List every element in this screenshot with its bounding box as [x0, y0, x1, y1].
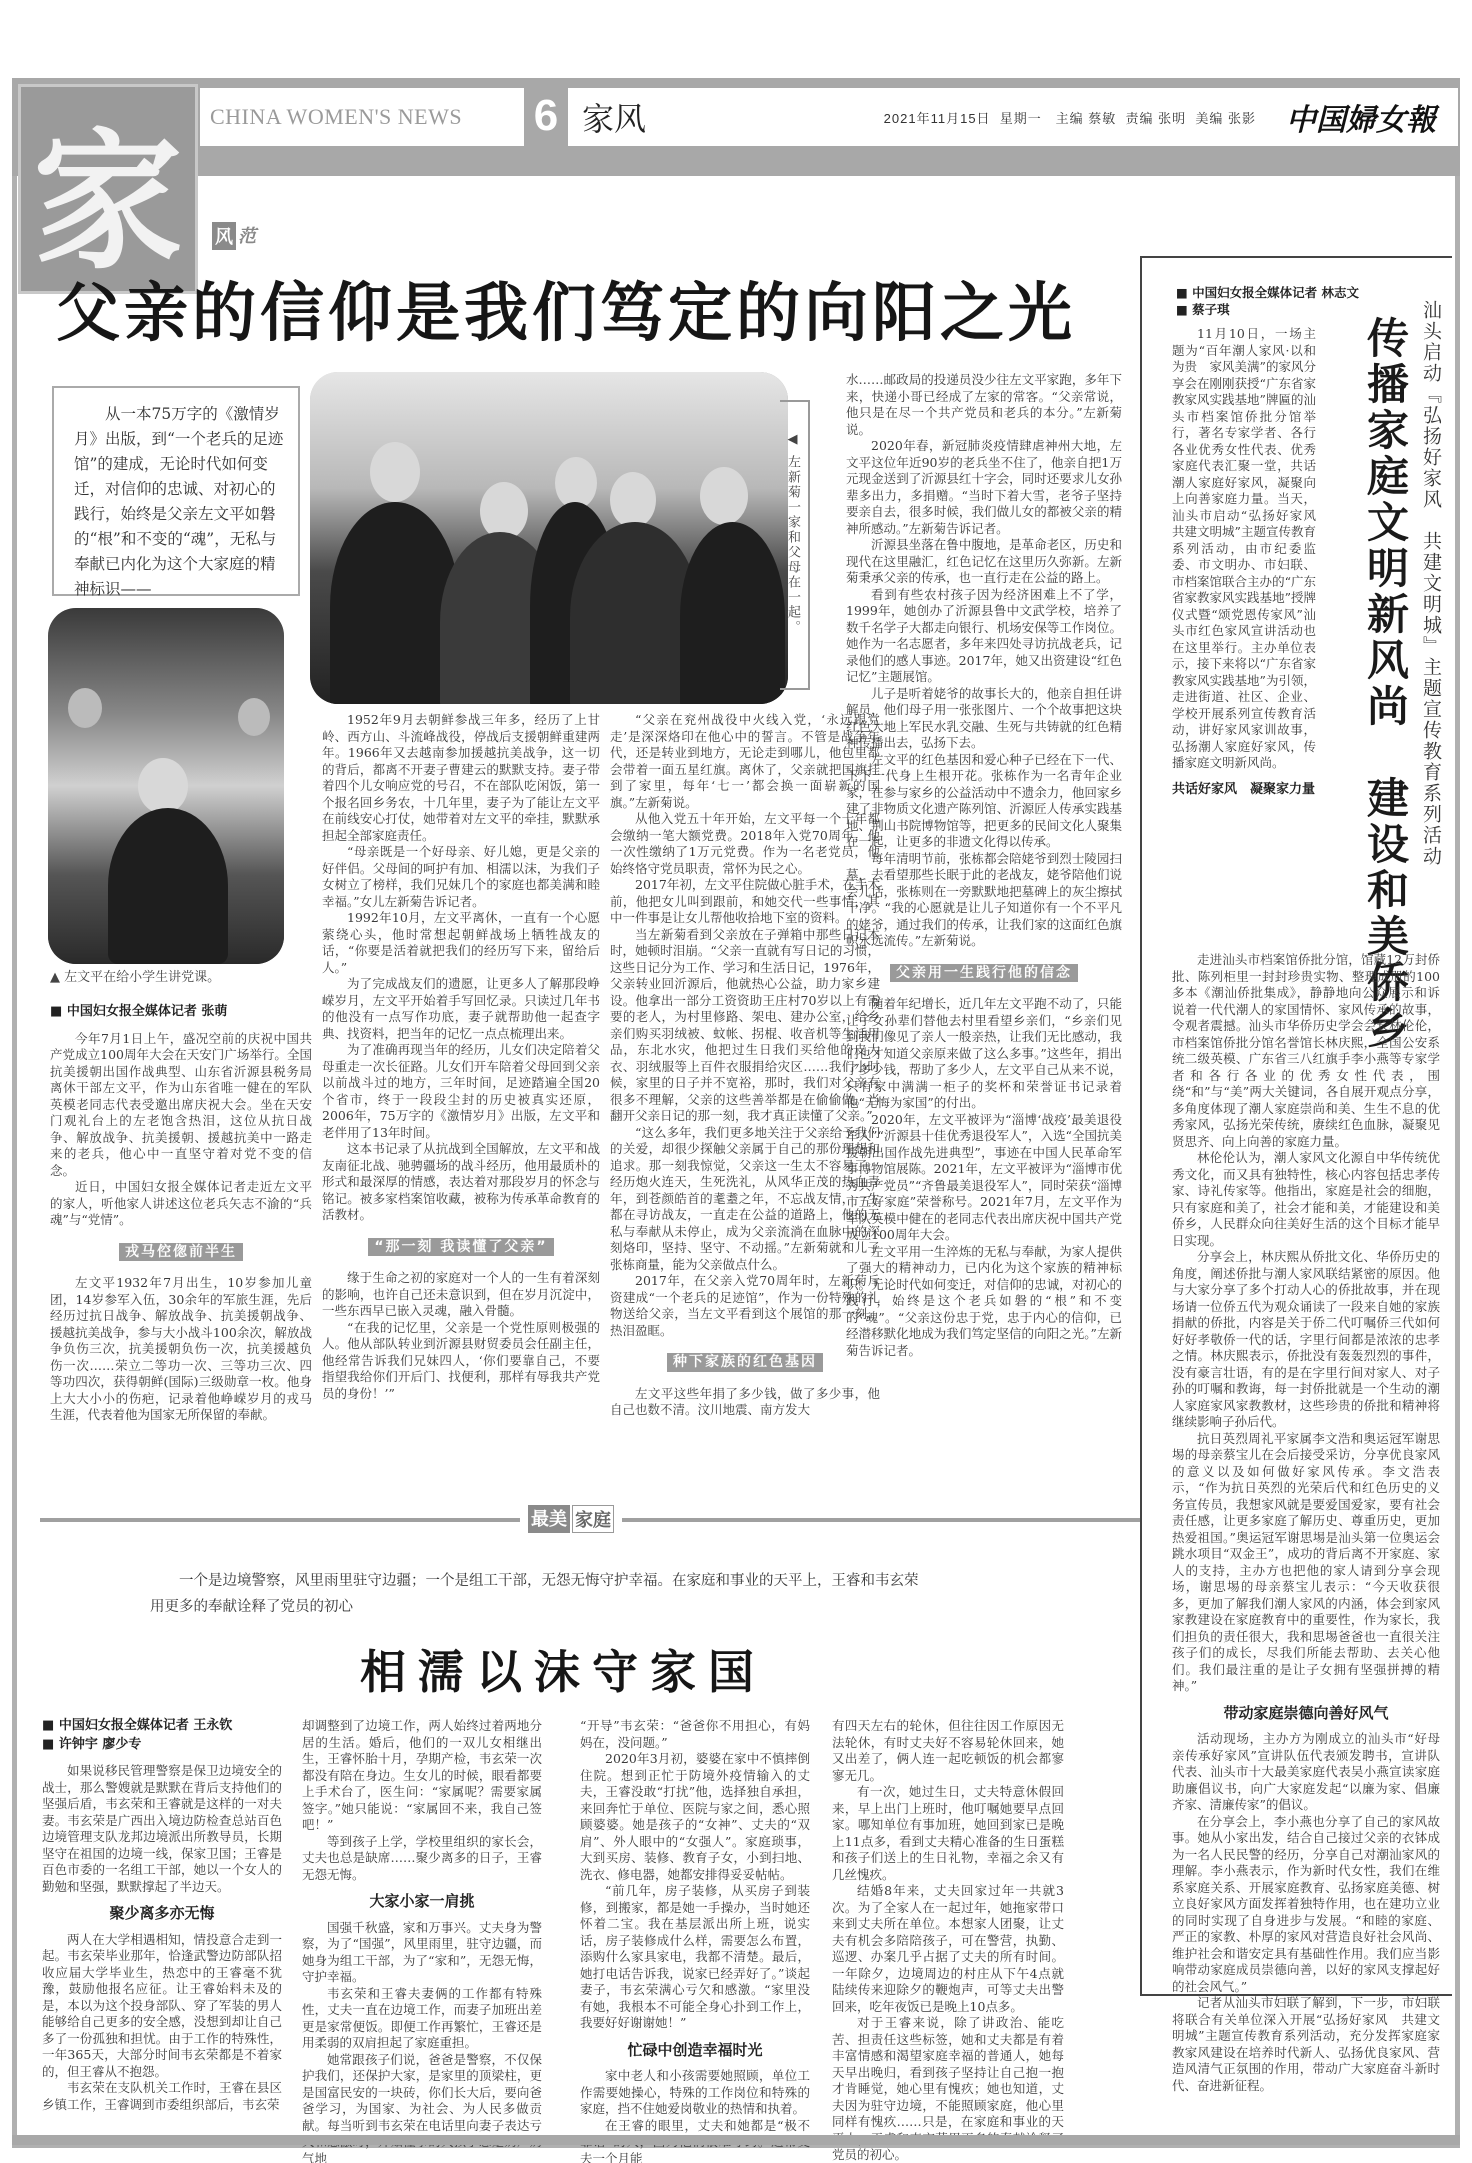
- paragraph: 为了准确再现当年的经历，儿女们决定陪着父母重走一次长征路。儿女们开车陪着父母回到…: [322, 1042, 600, 1141]
- lead-text: 从一本75万字的《激情岁月》出版，到“一个老兵的足迹馆”的建成，无论时代如何变迁…: [74, 402, 288, 602]
- paragraph: “这么多年，我们更多地关注于父亲给予我们的关爱，却很少探触父亲属于自己的那份理想…: [610, 1125, 880, 1274]
- paragraph: 国强千秋盛，家和万事兴。丈夫身为警察，为了“国强”，风里雨里，驻守边疆，而她身为…: [302, 1920, 542, 1986]
- article2-column-1: 中国妇女报全媒体记者 王永钦 许钟宇 廖少专 如果说移民管理警察是保卫边境安全的…: [42, 1718, 282, 2113]
- sidebar-headline: 传播家庭文明新风尚 建设和美侨乡: [1362, 316, 1408, 1052]
- paragraph: 当左新菊看到父亲放在子弹箱中那些日记本时，她顿时泪崩。“父亲一直就有写日记的习惯…: [610, 927, 880, 1125]
- photo1-caption: ◀ 左新菊一家和父母在一起。: [780, 400, 810, 690]
- paragraph: 2017年初，左文平住院做心脏手术，在手术前，他把女儿叫到跟前，和她交代一些事情…: [610, 877, 880, 927]
- byline: 中国妇女报全媒体记者 王永钦: [42, 1718, 282, 1735]
- article2-column-4: 有四天左右的轮休，但往往因工作原因无法轮休，有时丈夫好不容易轮休回来，她又出差了…: [832, 1718, 1064, 2163]
- weekday: 星期一: [1000, 111, 1042, 126]
- paragraph: 左文平1932年7月出生，10岁参加儿童团，14岁参军入伍，30余年的军旅生涯，…: [50, 1275, 312, 1424]
- page-number: 6: [528, 86, 564, 146]
- subheading: 种下家族的红色基因: [667, 1353, 823, 1372]
- paragraph: 记者从汕头市妇联了解到，下一步，市妇联将联合有关单位深入开展“弘扬好家风 共建文…: [1172, 1995, 1440, 2094]
- paragraph: 有一次，她过生日，丈夫特意休假回来，早上出门上班时，他叮嘱她要早点回家。哪知单位…: [832, 1784, 1064, 1883]
- paragraph: 走进汕头市档案馆侨批分馆，馆藏12万封侨批、陈列柜里一封封珍贵实物、整理成册的1…: [1172, 952, 1440, 1150]
- section-name: 家风: [582, 94, 646, 140]
- paragraph: 11月10日，一场主题为“百年潮人家风·以和为贵 家风美满”的家风分享会在刚刚获…: [1172, 326, 1316, 772]
- paragraph: 缘于生命之初的家庭对一个人的一生有着深刻的影响，也许自己还未意识到，但在岁月沉淀…: [322, 1270, 600, 1320]
- article1-column-2: 1952年9月去朝鲜参战三年多，经历了上甘岭、西方山、斗流峰战役，停战后支援朝鲜…: [322, 712, 600, 1402]
- sidebar-bylines: 中国妇女报全媒体记者 林志文 蔡子琪: [1176, 284, 1366, 318]
- paragraph: 她常跟孩子们说，爸爸是警察，不仅保护我们，还保护大家，是家里的顶梁柱，更是国富民…: [302, 2052, 542, 2163]
- paragraph: 看到有些农村孩子因为经济困难上不了学，1999年，她创办了沂源县鲁中文武学校，培…: [846, 587, 1122, 686]
- article1-headline: 父亲的信仰是我们笃定的向阳之光: [56, 262, 1076, 354]
- article1-lead: 从一本75万字的《激情岁月》出版，到“一个老兵的足迹馆”的建成，无论时代如何变迁…: [52, 386, 300, 596]
- byline: 许钟宇 廖少专: [42, 1737, 282, 1754]
- paragraph: 1952年9月去朝鲜参战三年多，经历了上甘岭、西方山、斗流峰战役，停战后支援朝鲜…: [322, 712, 600, 844]
- masthead-bar: 家风 2021年11月15日 星期一 主编 蔡敏 责编 张明 美编 张影 中国婦…: [568, 88, 1458, 146]
- article1-column-4: 水……邮政局的投递员没少往左文平家跑，多年下来，快递小哥已经成了左家的常客。“父…: [846, 372, 1122, 1359]
- byline: 中国妇女报全媒体记者 林志文: [1176, 284, 1366, 301]
- paragraph: 左文平的红色基因和爱心种子已经在下一代、下下一代身上生根开花。张栋作为一名青年企…: [846, 752, 1122, 851]
- paragraph: 抗日英烈周礼平家属李文浩和奥运冠军谢思埸的母亲蔡宝儿在会后接受采访，分享优良家风…: [1172, 1431, 1440, 1695]
- subheading: 忙碌中创造幸福时光: [580, 2042, 810, 2059]
- paragraph: 为了完成战友们的遗愿，让更多人了解那段峥嵘岁月，左文平开始着手写回忆录。只读过几…: [322, 976, 600, 1042]
- article2-column-2: 却调整到了边境工作，两人始终过着两地分居的生活。婚后，他们的一双儿女相继出生，王…: [302, 1718, 542, 2163]
- tag-part: 最美: [528, 1505, 570, 1533]
- paragraph: 随着年纪增长，近几年左文平跑不动了，只能让子女孙辈们替他去村里看望乡亲们，“乡亲…: [846, 996, 1122, 1112]
- paragraph: 家中老人和小孩需要她照顾，单位工作需要她操心，特殊的工作岗位和特殊的家庭，挡不住…: [580, 2068, 810, 2118]
- paragraph: “母亲既是一个好母亲、好儿媳，更是父亲的好伴侣。父母间的呵护有加、相濡以沫，为我…: [322, 844, 600, 910]
- chief-editor: 主编 蔡敏: [1056, 111, 1117, 126]
- byline: 蔡子琪: [1176, 301, 1366, 318]
- paragraph: 2020年3月初，婆婆在家中不慎摔倒住院。想到正忙于防境外疫情输入的丈夫，王睿没…: [580, 1751, 810, 1883]
- tag-part: 家庭: [572, 1505, 614, 1533]
- paragraph: 有四天左右的轮休，但往往因工作原因无法轮休，有时丈夫好不容易轮休回来，她又出差了…: [832, 1718, 1064, 1784]
- date-and-editors: 2021年11月15日 星期一 主编 蔡敏 责编 张明 美编 张影: [884, 108, 1256, 127]
- tag-part: 范: [238, 222, 256, 250]
- paragraph: 结婚8年来，丈夫回家过年一共就3次。为了全家人在一起过年，她拖家带口来到丈夫所在…: [832, 1883, 1064, 2015]
- paragraph: 2017年，在父亲入党70周年时，左新菊斥资建成“一个老兵的足迹馆”，作为一份特…: [610, 1273, 880, 1339]
- paragraph: 等到孩子上学，学校里组织的家长会，丈夫也总是缺席……聚少离多的日子，王睿无怨无悔…: [302, 1834, 542, 1884]
- sidebar-body: 走进汕头市档案馆侨批分馆，馆藏12万封侨批、陈列柜里一封封珍贵实物、整理成册的1…: [1172, 952, 1440, 2094]
- article1-column-1: 中国妇女报全媒体记者 张萌 今年7月1日上午，盛况空前的庆祝中国共产党成立100…: [50, 1004, 312, 1424]
- sidebar-intro: 11月10日，一场主题为“百年潮人家风·以和为贵 家风美满”的家风分享会在刚刚获…: [1172, 326, 1316, 808]
- paragraph: “开导”韦玄荣：“爸爸你不用担心，有妈妈在，没问题。”: [580, 1718, 810, 1751]
- article1-column-3: “父亲在兖州战役中火线入党，‘永远跟党走’是深深烙印在他心中的誓言。不管是战争年…: [610, 712, 880, 1419]
- paragraph: 每年清明节前，张栋都会陪姥爷到烈士陵园扫墓，去看望那些长眠于此的老战友，姥爷陪他…: [846, 851, 1122, 950]
- paragraph: 在分享会上，李小燕也分享了自己的家风故事。她从小家出发，结合自己接过父亲的衣钵成…: [1172, 1814, 1440, 1996]
- paragraph: “父亲在兖州战役中火线入党，‘永远跟党走’是深深烙印在他心中的誓言。不管是战争年…: [610, 712, 880, 811]
- paragraph: 2020年，左文平被评为“淄博‘战疫’最美退役军人”“沂源县十佳优秀退役军人”，…: [846, 1112, 1122, 1244]
- paragraph: 这本书记录了从抗战到全国解放，左文平和战友南征北战、驰骋疆场的战斗经历，他用最质…: [322, 1141, 600, 1224]
- family-photo: [310, 372, 788, 704]
- paragraph: 左文平用一生淬炼的无私与奉献，为家人提供了强大的精神动力，已内化为这个家族的精神…: [846, 1244, 1122, 1360]
- paragraph: 近日，中国妇女报全媒体记者走近左文平的家人，听他家人讲述这位老兵矢志不渝的“兵魂…: [50, 1179, 312, 1229]
- column-tag-zuimei: 最美家庭: [520, 1505, 622, 1533]
- paragraph: 两人在大学相遇相知，情投意合走到一起。韦玄荣毕业那年，恰逢武警边防部队招收应届大…: [42, 1932, 282, 2081]
- subheading: 聚少离多亦无悔: [42, 1905, 282, 1922]
- page-bottom-band: [12, 2135, 1460, 2145]
- paragraph: 2020年春，新冠肺炎疫情肆虐神州大地，左文平这位年近90岁的老兵坐不住了，他亲…: [846, 438, 1122, 537]
- photo2-caption: ▲ 左文平在给小学生讲党课。: [50, 966, 220, 985]
- paragraph: 儿子是听着姥爷的故事长大的，他亲自担任讲解员，他们母子用一张张图片、一个个故事把…: [846, 686, 1122, 752]
- paragraph: 韦玄荣在支队机关工作时，王睿在县区乡镇工作，王睿调到市委组织部后，韦玄荣: [42, 2080, 282, 2113]
- paragraph: “在我的记忆里，父亲是一个党性原则极强的人。他从部队转业到沂源县财贸委员会任副主…: [322, 1320, 600, 1403]
- sidebar-kicker: 汕头启动『弘扬好家风 共建文明城』主题宣传教育系列活动: [1418, 300, 1445, 867]
- paragraph: 从他入党五十年开始，左文平每一个十年都会缴纳一笔大额党费。2018年入党70周年…: [610, 811, 880, 877]
- issue-date: 2021年11月15日: [884, 111, 991, 126]
- paragraph: 如果说移民管理警察是保卫边境安全的战士，那么警嫂就是默默在背后支持他们的坚强后盾…: [42, 1763, 282, 1895]
- paragraph: 水……邮政局的投递员没少往左文平家跑，多年下来，快递小哥已经成了左家的常客。“父…: [846, 372, 1122, 438]
- byline: 中国妇女报全媒体记者 张萌: [50, 1004, 312, 1021]
- column-tag: 风范: [212, 222, 256, 250]
- paragraph: 沂源县坐落在鲁中腹地，是革命老区，历史和现代在这里融汇，红色记忆在这里历久弥新。…: [846, 537, 1122, 587]
- art-editor: 美编 张影: [1195, 111, 1256, 126]
- subheading: 父亲用一生践行他的信念: [890, 964, 1078, 983]
- article2-column-3: “开导”韦玄荣：“爸爸你不用担心，有妈妈在，没问题。” 2020年3月初，婆婆在…: [580, 1718, 810, 2163]
- paragraph: 今年7月1日上午，盛况空前的庆祝中国共产党成立100周年大会在天安门广场举行。全…: [50, 1031, 312, 1180]
- tag-part: 风: [212, 222, 236, 250]
- paragraph: 韦玄荣和王睿夫妻俩的工作都有特殊性，丈夫一直在边境工作，而妻子加班出差更是家常便…: [302, 1986, 542, 2052]
- article2-headline: 相濡以沫守家国: [360, 1636, 766, 1702]
- newspaper-logo: 中国婦女報: [1286, 95, 1436, 139]
- paragraph: 1992年10月，左文平离休，一直有一个心愿萦绕心头，他时常想起朝鲜战场上牺牲战…: [322, 910, 600, 976]
- paragraph: 分享会上，林庆熙从侨批文化、华侨历史的角度，阐述侨批与潮人家风联结紧密的原因。他…: [1172, 1249, 1440, 1431]
- subheading: 戎马倥偬前半生: [119, 1243, 243, 1262]
- article2-deck: 一个是边境警察，风里雨里驻守边疆；一个是组工干部，无怨无悔守护幸福。在家庭和事业…: [150, 1568, 930, 1620]
- paragraph: “前几年，房子装修，从买房子到装修，到搬家，都是她一手操办，当时她还怀着二宝。我…: [580, 1883, 810, 2032]
- responsible-editor: 责编 张明: [1126, 111, 1187, 126]
- paragraph: 左文平这些年捐了多少钱，做了多少事，他自己也数不清。汶川地震、南方发大: [610, 1386, 880, 1419]
- subheading: 大家小家一肩挑: [302, 1893, 542, 1910]
- paragraph: 林伦伦认为，潮人家风文化源自中华传统优秀文化，而又具有独特性，核心内容包括忠孝传…: [1172, 1150, 1440, 1249]
- classroom-photo: [48, 608, 284, 964]
- subheading: 共话好家风 凝聚家力量: [1172, 782, 1316, 799]
- english-name: CHINA WOMEN'S NEWS: [200, 88, 524, 146]
- subheading: “那一刻 我读懂了父亲”: [368, 1238, 553, 1257]
- subheading: 带动家庭崇德向善好风气: [1172, 1705, 1440, 1722]
- paragraph: 却调整到了边境工作，两人始终过着两地分居的生活。婚后，他们的一双儿女相继出生，王…: [302, 1718, 542, 1834]
- paragraph: 活动现场，主办方为刚成立的汕头市“好母亲传承好家风”宣讲队伍代表颁发聘书，宣讲队…: [1172, 1731, 1440, 1814]
